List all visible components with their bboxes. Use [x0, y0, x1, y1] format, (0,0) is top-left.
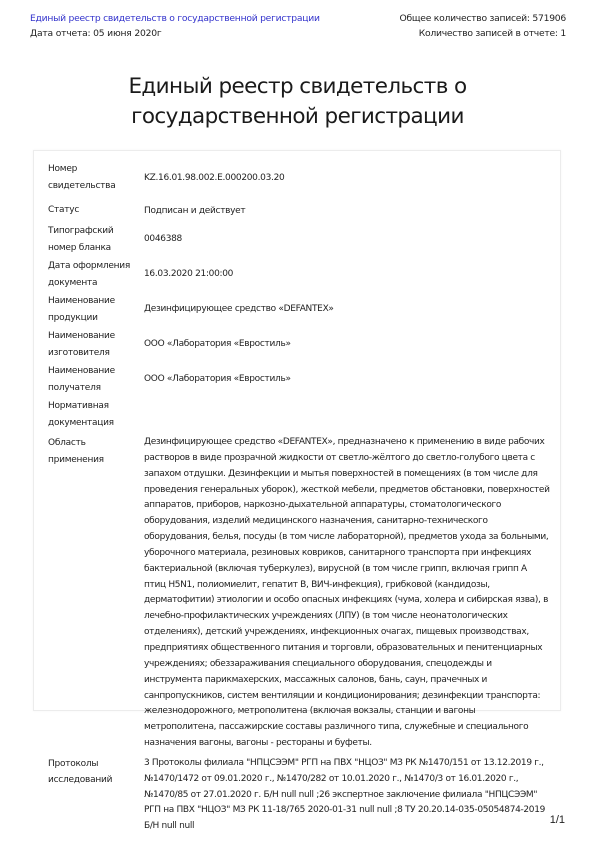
field-label: Нормативная документация: [34, 398, 144, 431]
page-number: 1/1: [550, 814, 565, 826]
field-label: Протоколы исследований: [34, 756, 144, 789]
field-value: 0046388: [144, 231, 560, 248]
field-label: Номер свидетельства: [34, 161, 144, 195]
record-row-document-date: Дата оформления документа 16.03.2020 21:…: [34, 257, 560, 292]
record-row-research-protocols: Протоколы исследований 3 Протоколы филиа…: [34, 755, 560, 836]
page-title: Единый реестр свидетельств о государстве…: [40, 72, 555, 132]
field-value: 16.03.2020 21:00:00: [144, 266, 560, 283]
record-row-certificate-number: Номер свидетельства KZ.16.01.98.002.E.00…: [34, 160, 560, 196]
field-label: Область применения: [34, 435, 144, 468]
registry-link[interactable]: Единый реестр свидетельств о государстве…: [30, 11, 320, 26]
field-label: Дата оформления документа: [34, 258, 144, 291]
field-value: ООО «Лаборатория «Евростиль»: [144, 336, 560, 353]
field-value: KZ.16.01.98.002.E.000200.03.20: [144, 170, 560, 187]
total-records: Общее количество записей: 571906: [400, 11, 567, 26]
report-header-right: Общее количество записей: 571906 Количес…: [400, 11, 567, 41]
record-card: Номер свидетельства KZ.16.01.98.002.E.00…: [33, 150, 561, 711]
record-row-application-scope: Область применения Дезинфицирующее средс…: [34, 434, 560, 753]
field-value: 3 Протоколы филиала "НПЦСЭЭМ" РГП на ПВХ…: [144, 756, 560, 835]
field-value: ООО «Лаборатория «Евростиль»: [144, 371, 560, 388]
report-header-left: Единый реестр свидетельств о государстве…: [30, 11, 320, 41]
field-label: Наименование изготовителя: [34, 328, 144, 361]
field-value: Дезинфицирующее средство «DEFANTEX»: [144, 301, 560, 318]
record-row-product-name: Наименование продукции Дезинфицирующее с…: [34, 292, 560, 327]
field-value: Дезинфицирующее средство «DEFANTEX», пре…: [144, 435, 560, 752]
record-row-status: Статус Подписан и действует: [34, 200, 560, 221]
field-label: Наименование получателя: [34, 363, 144, 396]
report-date: Дата отчета: 05 июня 2020г: [30, 26, 320, 41]
record-row-normative-docs: Нормативная документация: [34, 397, 560, 432]
field-label: Наименование продукции: [34, 293, 144, 326]
record-row-recipient: Наименование получателя ООО «Лаборатория…: [34, 362, 560, 397]
record-row-manufacturer: Наименование изготовителя ООО «Лаборатор…: [34, 327, 560, 362]
field-label: Типографский номер бланка: [34, 223, 144, 256]
field-label: Статус: [34, 202, 144, 219]
report-records: Количество записей в отчете: 1: [400, 26, 567, 41]
record-row-blank-number: Типографский номер бланка 0046388: [34, 222, 560, 257]
field-value: Подписан и действует: [144, 203, 560, 220]
